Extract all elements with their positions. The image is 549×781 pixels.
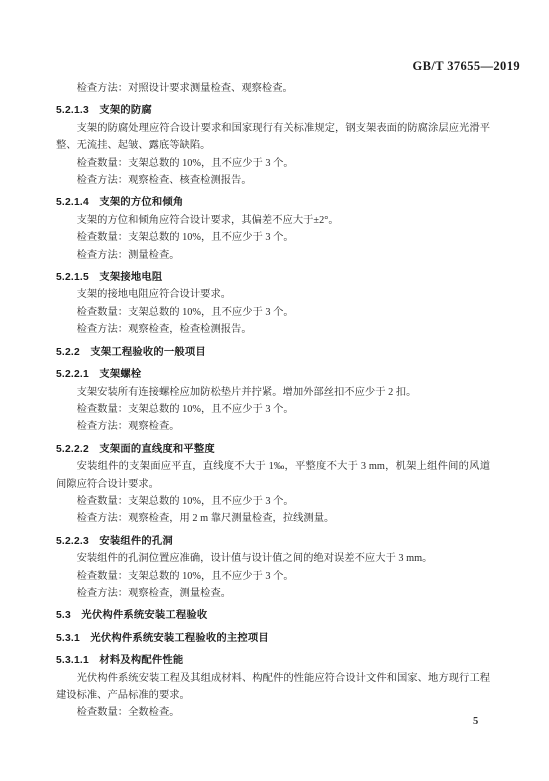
section-heading: 5.3.1 光伏构件系统安装工程验收的主控项目 [56, 630, 490, 647]
check-line: 检查数量：支架总数的 10%，且不应少于 3 个。 [56, 304, 490, 321]
section-heading: 5.3.1.1 材料及构配件性能 [56, 652, 490, 669]
body-paragraph: 安装组件的支架面应平直，直线度不大于 1‰，平整度不大于 3 mm，机架上组件间… [56, 458, 490, 493]
check-line: 检查数量：支架总数的 10%，且不应少于 3 个。 [56, 401, 490, 418]
section-heading: 5.3 光伏构件系统安装工程验收 [56, 607, 490, 624]
section-heading: 5.2.1.4 支架的方位和倾角 [56, 194, 490, 211]
check-line: 检查数量：支架总数的 10%，且不应少于 3 个。 [56, 155, 490, 172]
check-line: 检查方法：观察检查，测量检查。 [56, 585, 490, 602]
section-heading: 5.2.1.3 支架的防腐 [56, 102, 490, 119]
body-paragraph: 支架的接地电阻应符合设计要求。 [56, 286, 490, 303]
check-line: 检查方法：观察检查、核查检测报告。 [56, 172, 490, 189]
section-heading: 5.2.2.1 支架螺栓 [56, 366, 490, 383]
body-paragraph: 支架的防腐处理应符合设计要求和国家现行有关标准规定，钢支架表面的防腐涂层应光滑平… [56, 120, 490, 155]
check-line: 检查方法：观察检查，检查检测报告。 [56, 321, 490, 338]
body-paragraph: 支架的方位和倾角应符合设计要求，其偏差不应大于±2°。 [56, 212, 490, 229]
section-heading: 5.2.1.5 支架接地电阻 [56, 269, 490, 286]
check-line: 检查方法：观察检查。 [56, 418, 490, 435]
body-paragraph: 光伏构件系统安装工程及其组成材料、构配件的性能应符合设计文件和国家、地方现行工程… [56, 670, 490, 705]
check-line: 检查数量：支架总数的 10%，且不应少于 3 个。 [56, 568, 490, 585]
check-line: 检查数量：支架总数的 10%，且不应少于 3 个。 [56, 229, 490, 246]
check-line: 检查数量：支架总数的 10%，且不应少于 3 个。 [56, 493, 490, 510]
check-line: 检查方法：对照设计要求测量检查、观察检查。 [56, 80, 490, 97]
body-paragraph: 安装组件的孔洞位置应准确，设计值与设计值之间的绝对误差不应大于 3 mm。 [56, 550, 490, 567]
standard-code-header: GB/T 37655—2019 [412, 59, 520, 74]
check-line: 检查方法：测量检查。 [56, 247, 490, 264]
document-page: GB/T 37655—2019 检查方法：对照设计要求测量检查、观察检查。5.2… [0, 0, 549, 781]
document-body: 检查方法：对照设计要求测量检查、观察检查。5.2.1.3 支架的防腐支架的防腐处… [56, 80, 490, 722]
body-paragraph: 支架安装所有连接螺栓应加防松垫片并拧紧。增加外部丝扣不应少于 2 扣。 [56, 384, 490, 401]
check-line: 检查方法：观察检查，用 2 m 靠尺测量检查，拉线测量。 [56, 510, 490, 527]
section-heading: 5.2.2.2 支架面的直线度和平整度 [56, 441, 490, 458]
section-heading: 5.2.2.3 安装组件的孔洞 [56, 533, 490, 550]
page-number: 5 [473, 716, 478, 727]
check-line: 检查数量：全数检查。 [56, 704, 490, 721]
section-heading: 5.2.2 支架工程验收的一般项目 [56, 344, 490, 361]
